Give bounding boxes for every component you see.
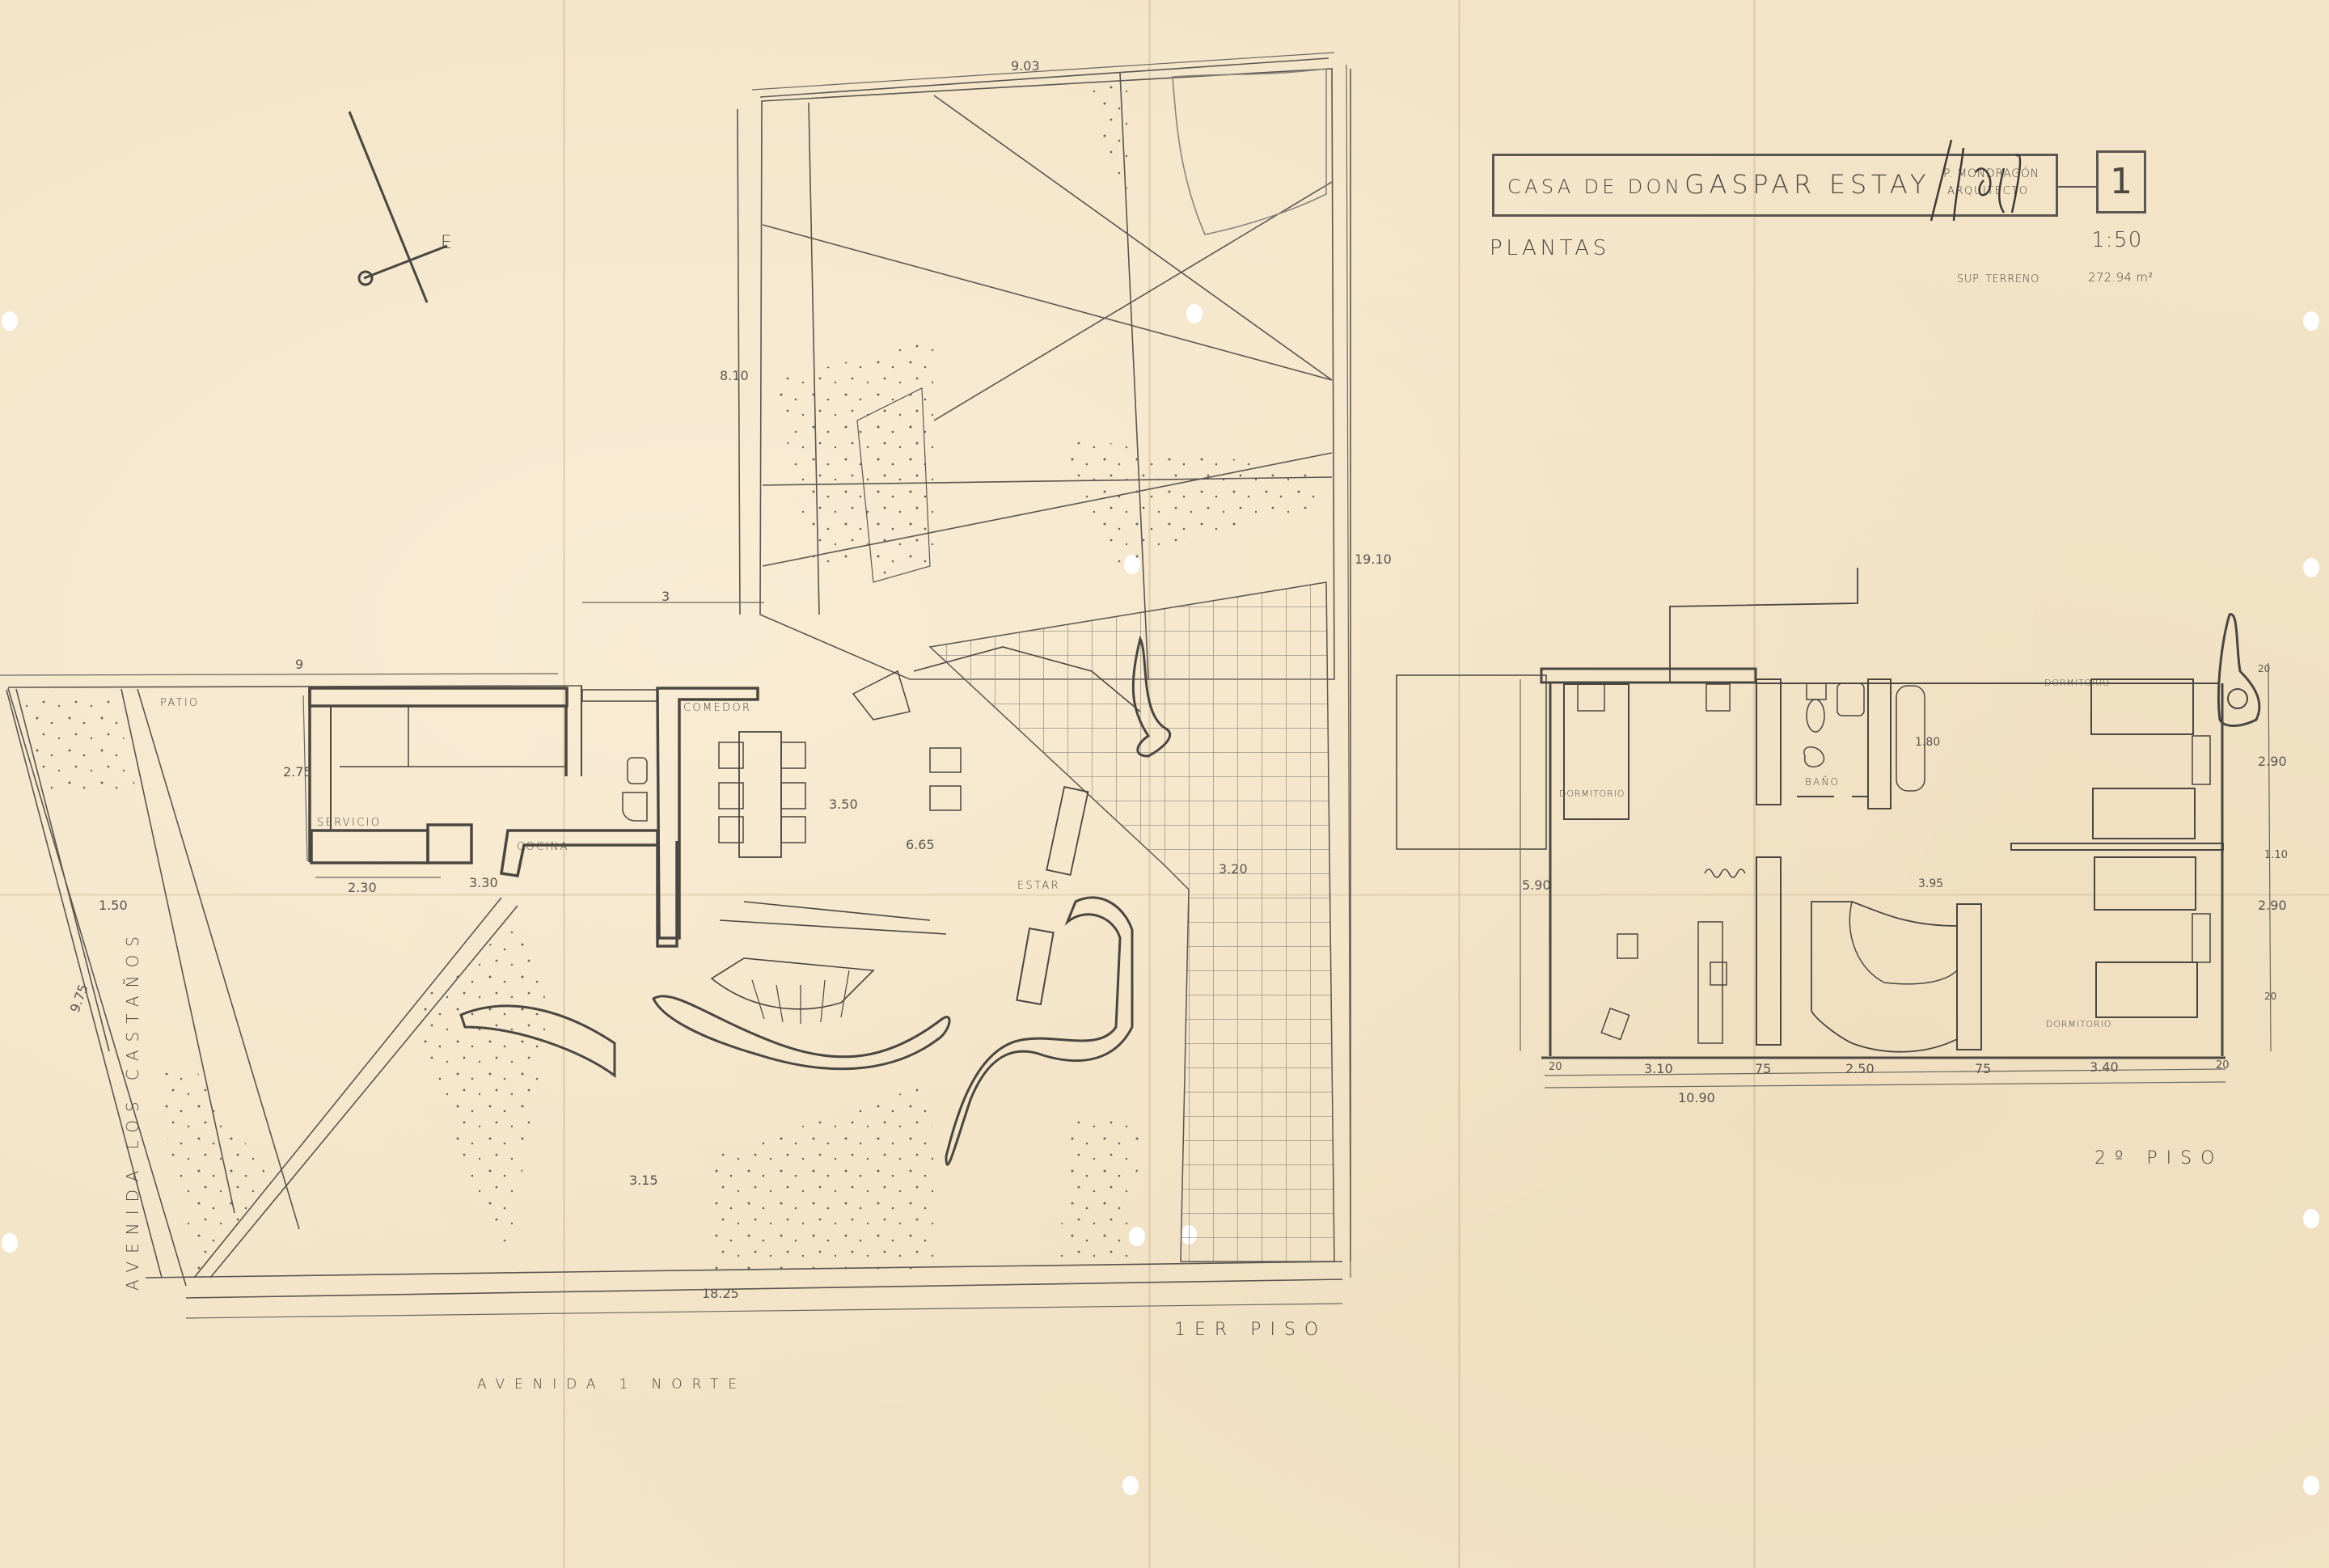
compass-east-label: E (441, 233, 455, 253)
dim-seg-1: 20 (1549, 1061, 1562, 1073)
dim-bath-tub: 1.80 (1915, 736, 1940, 749)
sheet-number: 1 (2096, 150, 2146, 213)
dim-right-1: 20 (2258, 663, 2270, 674)
drawing-type: PLANTAS (1490, 236, 1610, 260)
dim-seg-2: 3.10 (1644, 1061, 1673, 1076)
street-label-south: AVENIDA 1 NORTE (477, 1376, 746, 1393)
dim-patio-offset: 3 (662, 589, 670, 604)
dim-living-width: 6.65 (906, 837, 935, 852)
dim-seg-7: 20 (2216, 1059, 2230, 1071)
dim-total-width: 10.90 (1678, 1090, 1715, 1105)
project-title-prefix: CASA DE DON (1507, 175, 1683, 198)
second-floor-dimension-lines (1520, 663, 2271, 1088)
room-label-dormitorio-2: DORMITORIO (2044, 678, 2110, 688)
room-label-cocina: COCINA (517, 841, 569, 853)
dim-right-5: 20 (2264, 991, 2276, 1002)
room-label-estar: ESTAR (1017, 880, 1060, 892)
first-floor-title: 1ER PISO (1174, 1320, 1327, 1340)
site-area-value: 272.94 m² (2088, 270, 2154, 285)
first-floor-walls (310, 686, 805, 946)
second-floor-walls (1397, 568, 2259, 1058)
room-label-patio: PATIO (160, 697, 200, 709)
dim-patio-width: 9 (295, 657, 303, 672)
dim-garden-right: 3.20 (1219, 861, 1248, 877)
dim-kitchen-depth: 3.30 (469, 875, 498, 890)
dim-seg-4: 2.50 (1845, 1061, 1875, 1076)
room-label-bano: BAÑO (1805, 776, 1840, 788)
room-label-dormitorio-1: DORMITORIO (1559, 788, 1625, 799)
title-block: CASA DE DON GASPAR ESTAY P. MONDRAGÓN AR… (1492, 154, 2058, 217)
room-label-dormitorio-3: DORMITORIO (2046, 1019, 2111, 1029)
dim-hall: 3.95 (1918, 877, 1943, 890)
second-floor-title: 2º PISO (2094, 1148, 2223, 1169)
dim-front-garden: 3.15 (629, 1173, 658, 1188)
dim-strip-width: 1.50 (99, 898, 128, 913)
room-label-servicio: SERVICIO (317, 817, 381, 829)
project-title-name: GASPAR ESTAY (1684, 169, 1930, 200)
dim-servicio-width: 2.30 (348, 880, 377, 895)
floor-plan-linework (0, 0, 2329, 1568)
dim-seg-3: 75 (1755, 1061, 1771, 1076)
dim-servicio-height: 2.75 (283, 764, 312, 780)
dim-right-2: 2.90 (2258, 754, 2287, 769)
room-label-comedor: COMEDOR (683, 702, 751, 714)
drawing-scale: 1:50 (2091, 228, 2143, 252)
dim-plot-depth-total: 19.10 (1355, 552, 1392, 567)
dim-plot-width-bottom: 18.25 (702, 1286, 739, 1301)
street-label-west: AVENIDA LOS CASTAÑOS (123, 928, 142, 1291)
dim-plot-width-top: 9.03 (1011, 58, 1040, 74)
dim-right-4: 2.90 (2258, 898, 2287, 913)
dim-right-3: 1.10 (2264, 849, 2288, 861)
dim-dining-length: 3.50 (829, 797, 858, 812)
architect-signature (1915, 124, 2061, 229)
site-area-label: SUP. TERRENO (1957, 273, 2039, 285)
dim-left-height: 5.90 (1522, 877, 1551, 893)
title-connector (2058, 186, 2097, 188)
dim-seg-5: 75 (1975, 1061, 1991, 1076)
dim-plot-depth-upper: 8.10 (720, 368, 749, 383)
dim-seg-6: 3.40 (2090, 1059, 2119, 1075)
